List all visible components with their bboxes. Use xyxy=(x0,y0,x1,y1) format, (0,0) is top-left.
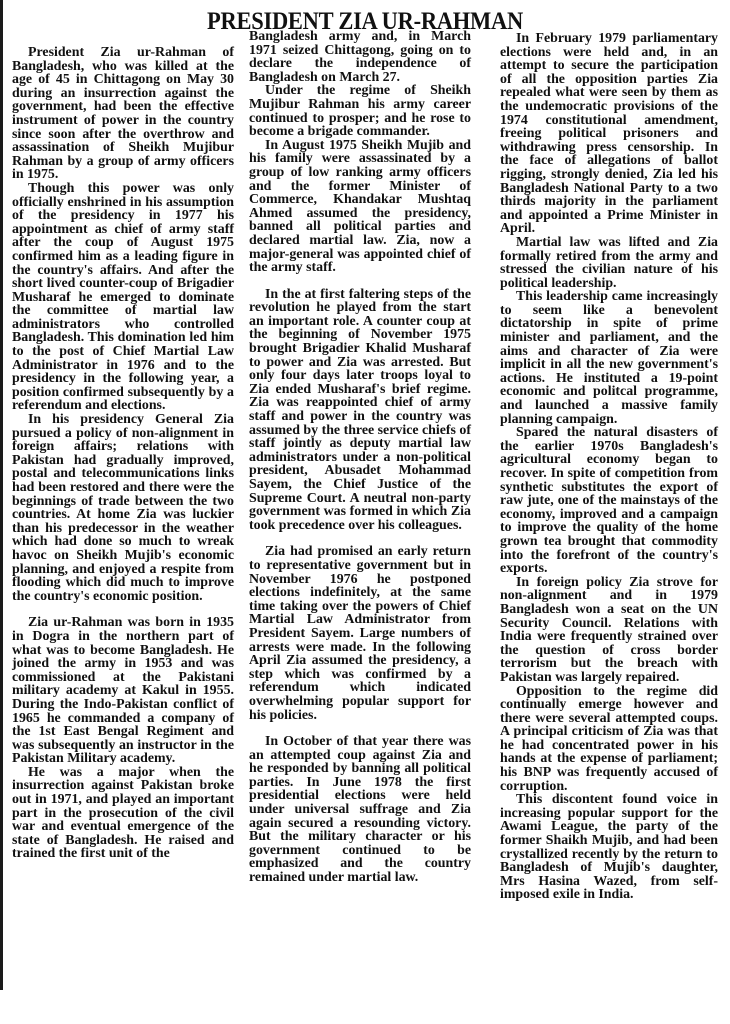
paragraph: This discontent found voice in increasin… xyxy=(500,793,718,902)
column-3: In February 1979 parliamentary elections… xyxy=(500,32,718,902)
paragraph: Under the regime of Sheikh Mujibur Rahma… xyxy=(249,84,471,138)
article-columns: President Zia ur-Rahman of Bangladesh, w… xyxy=(12,46,724,1016)
paragraph: Though this power was only officially en… xyxy=(12,182,234,413)
paragraph: In February 1979 parliamentary elections… xyxy=(500,32,718,236)
paragraph: He was a major when the insurrection aga… xyxy=(12,766,234,861)
paragraph: Zia ur-Rahman was born in 1935 in Dogra … xyxy=(12,616,234,766)
column-2: Bangladesh army and, in March 1971 seize… xyxy=(249,30,471,885)
paragraph: In the at first faltering steps of the r… xyxy=(249,288,471,533)
paragraph: Spared the natural disasters of the earl… xyxy=(500,426,718,576)
paragraph: President Zia ur-Rahman of Bangladesh, w… xyxy=(12,46,234,182)
paragraph: In foreign policy Zia strove for non-ali… xyxy=(500,576,718,685)
paragraph: In his presidency General Zia pursued a … xyxy=(12,413,234,603)
paragraph: Bangladesh army and, in March 1971 seize… xyxy=(249,30,471,84)
newspaper-page: PRESIDENT ZIA UR-RAHMAN President Zia ur… xyxy=(0,0,730,1024)
paragraph: In October of that year there was an att… xyxy=(249,735,471,885)
paragraph: This leadership came increasingly to see… xyxy=(500,290,718,426)
paragraph: Opposition to the regime did continually… xyxy=(500,685,718,794)
paragraph: Martial law was lifted and Zia formally … xyxy=(500,236,718,290)
paragraph: Zia had promised an early return to repr… xyxy=(249,545,471,722)
paragraph: In August 1975 Sheikh Mujib and his fami… xyxy=(249,139,471,275)
column-1: President Zia ur-Rahman of Bangladesh, w… xyxy=(12,46,234,861)
left-border-rule xyxy=(0,0,3,990)
